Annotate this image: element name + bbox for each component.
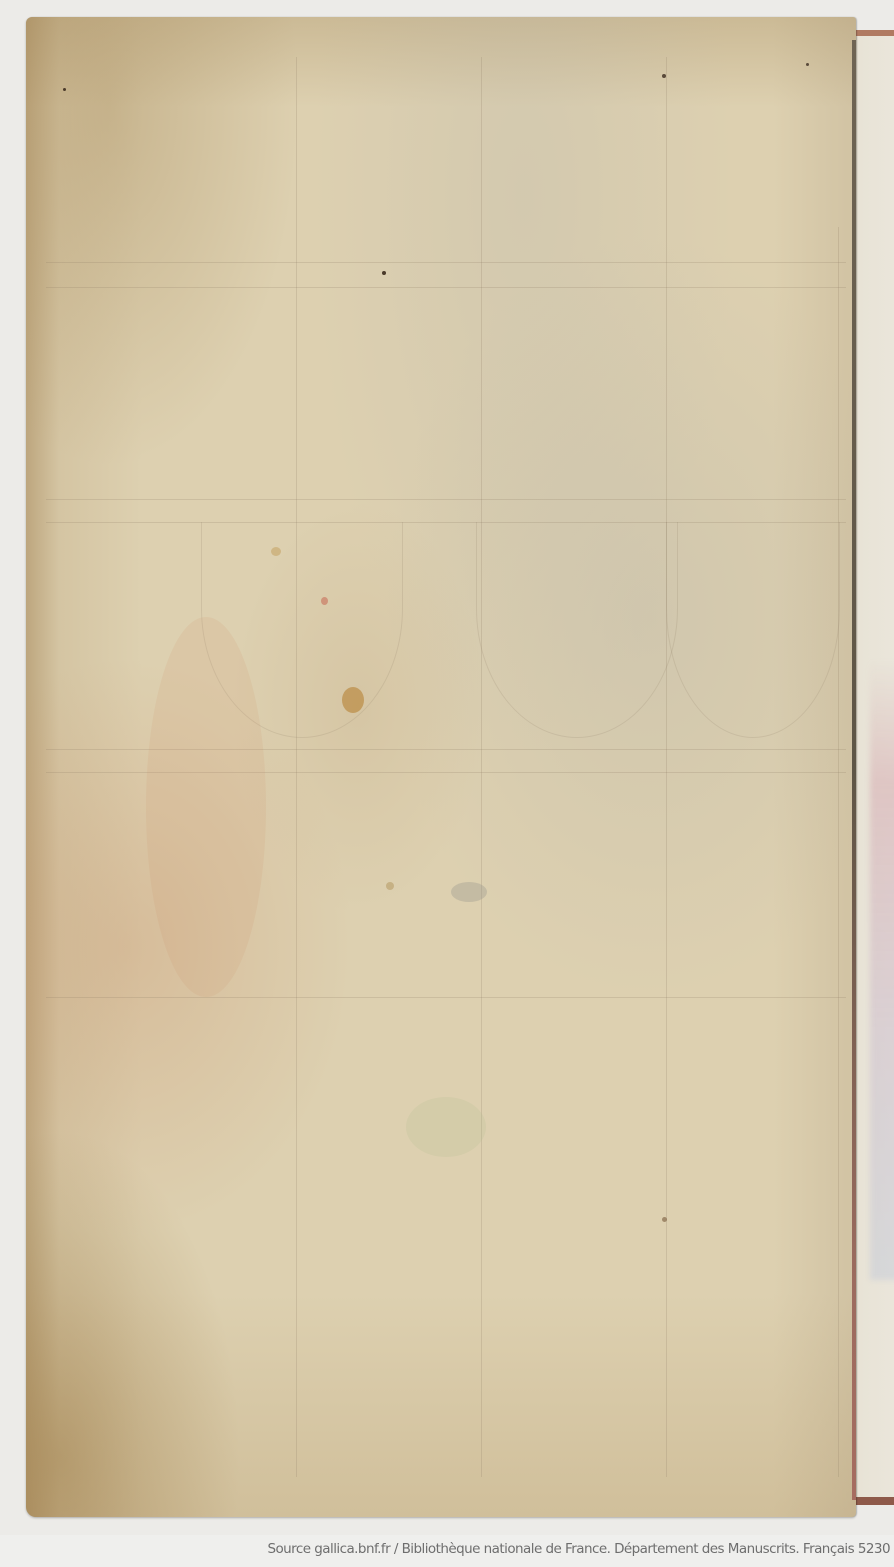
speck [63, 88, 66, 91]
adjacent-page [852, 30, 894, 1500]
stain [451, 882, 487, 902]
ruling-arc [476, 522, 678, 738]
stain [146, 617, 266, 997]
speck [662, 1217, 667, 1222]
ruling-line [46, 997, 846, 998]
stain [386, 882, 394, 890]
stain [342, 687, 364, 713]
manuscript-scan [0, 0, 894, 1535]
speck [662, 74, 666, 78]
speck [806, 63, 809, 66]
source-caption: Source gallica.bnf.fr / Bibliothèque nat… [267, 1541, 890, 1557]
binding-edge [852, 40, 856, 1500]
stain [271, 547, 281, 556]
stain [406, 1097, 486, 1157]
parchment-leaf [26, 17, 856, 1517]
binding-top [852, 30, 894, 36]
ruling-line [296, 57, 297, 1477]
ruling-line [46, 262, 846, 263]
speck [382, 271, 386, 275]
ruling-line [481, 57, 482, 1477]
adjacent-page-illumination-bleed [870, 660, 894, 1280]
ruling-line [46, 499, 846, 500]
ruling-line [666, 57, 667, 1477]
ruling-line [46, 287, 846, 288]
ruling-line [838, 227, 839, 1477]
stain [321, 597, 328, 605]
ruling-arc [666, 522, 840, 738]
